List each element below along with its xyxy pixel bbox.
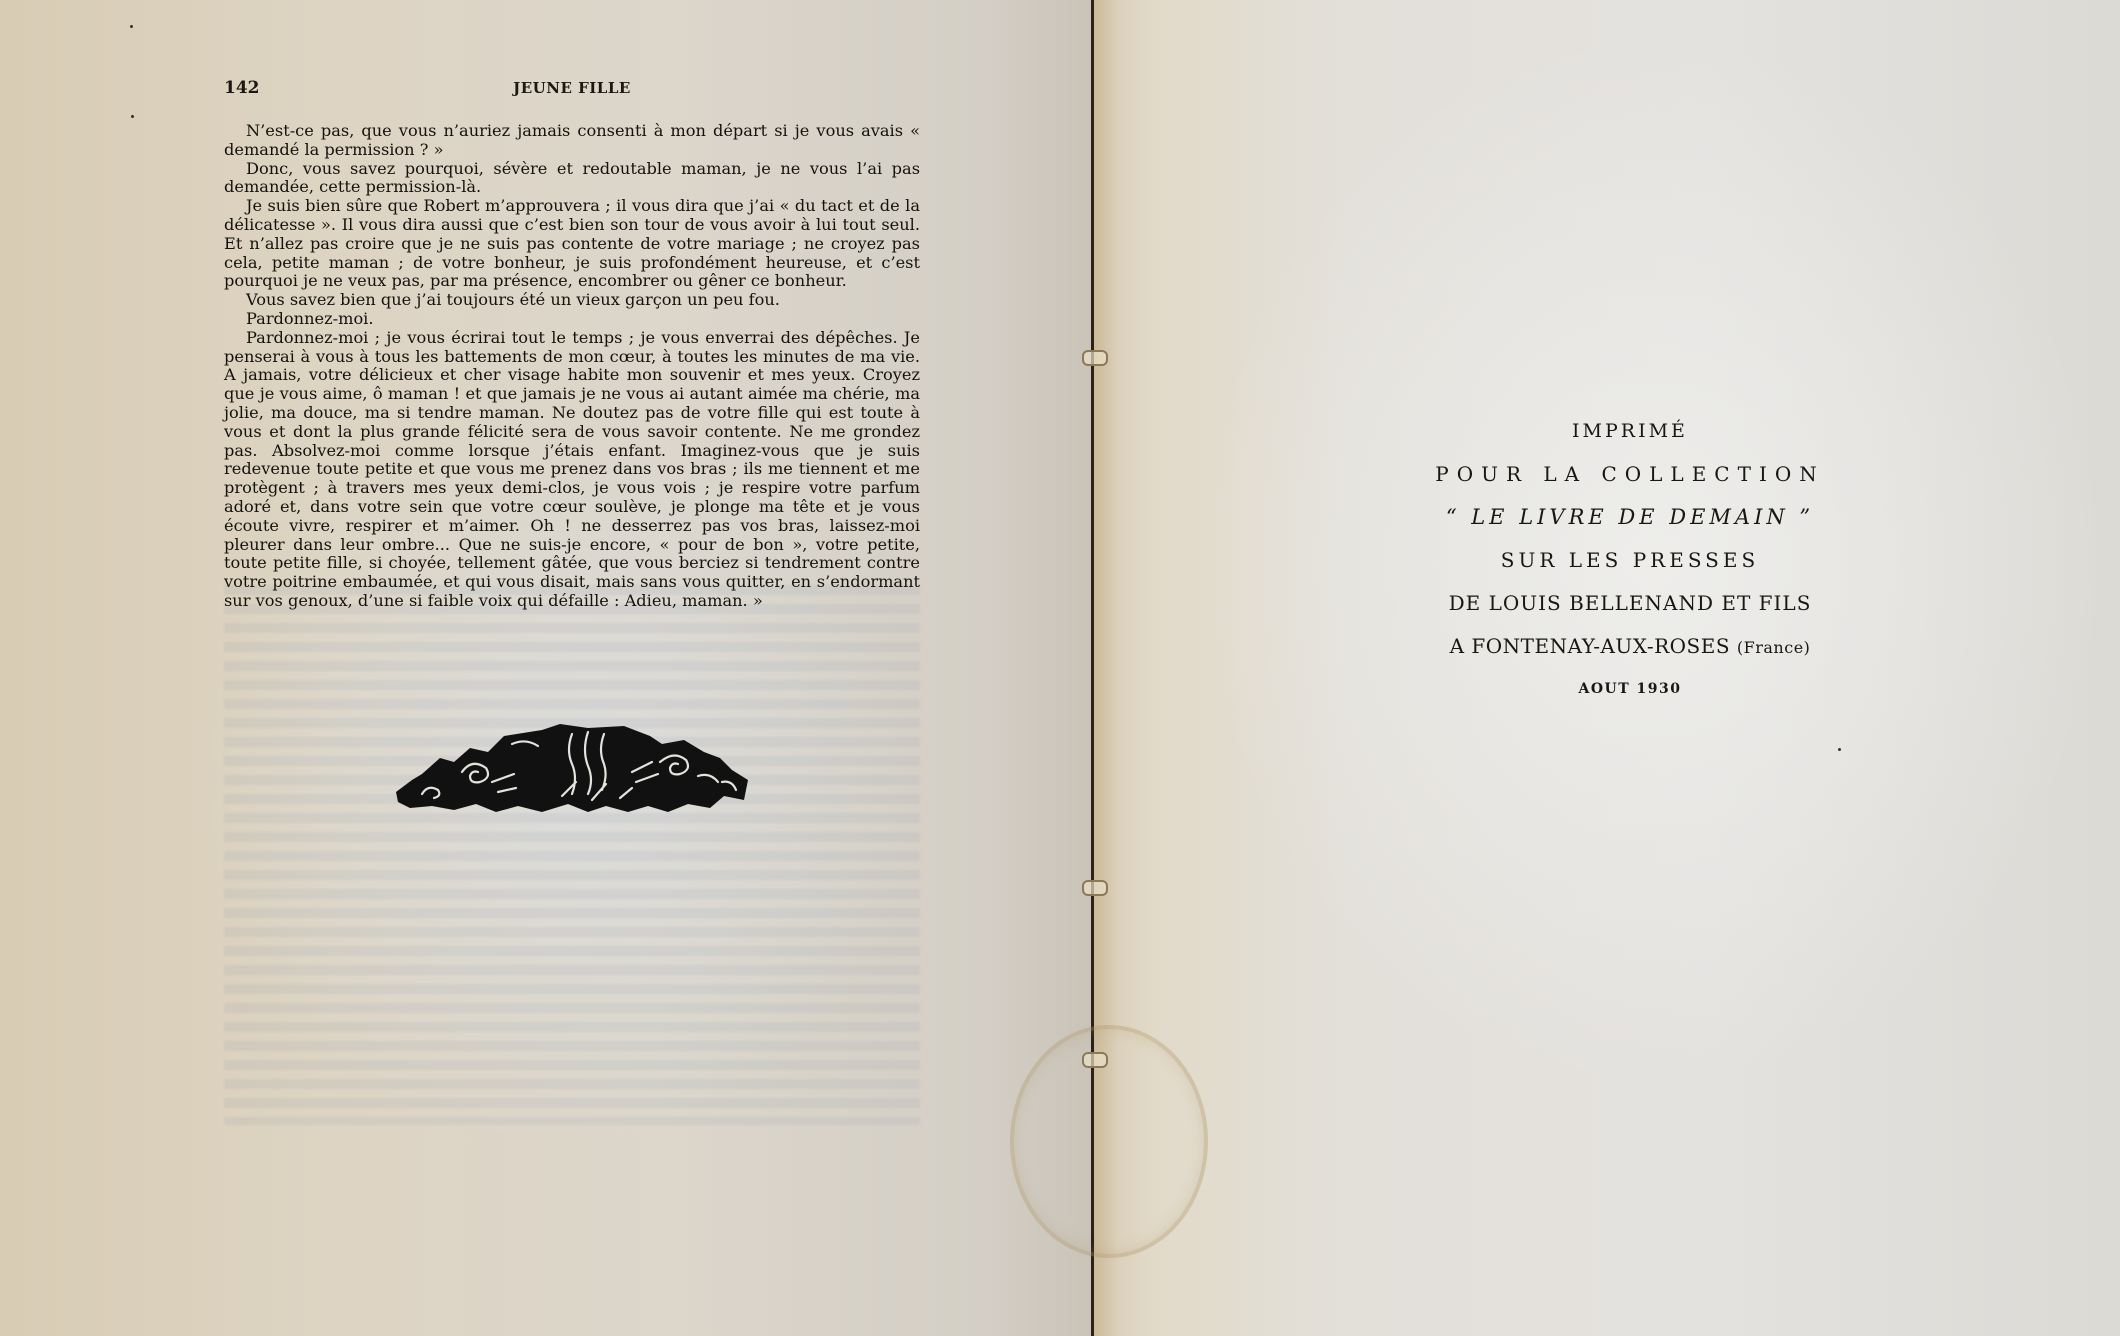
collection-title: “ LE LIVRE DE DEMAIN ” (1420, 496, 1840, 539)
printer-name: DE LOUIS BELLENAND ET FILS (1420, 582, 1840, 625)
paragraph: Je suis bien sûre que Robert m’approuver… (224, 197, 920, 291)
print-date: AOUT 1930 (1420, 668, 1840, 711)
location-town: A FONTENAY-AUX-ROSES (1450, 634, 1730, 658)
paper-speck (130, 25, 133, 28)
coffee-ring-stain (1010, 1025, 1208, 1258)
colophon-line: IMPRIMÉ (1420, 410, 1840, 453)
running-head: JEUNE FILLE (224, 79, 920, 97)
colophon: IMPRIMÉ POUR LA COLLECTION “ LE LIVRE DE… (1420, 410, 1840, 711)
paragraph: Vous savez bien que j’ai toujours été un… (224, 291, 920, 310)
paragraph: Pardonnez-moi. (224, 310, 920, 329)
binding-stitch-icon (1082, 880, 1108, 896)
page-header: 142 JEUNE FILLE (224, 78, 920, 102)
paper-speck (1838, 748, 1841, 751)
print-location: A FONTENAY-AUX-ROSES (France) (1420, 625, 1840, 668)
colophon-line: POUR LA COLLECTION (1420, 453, 1840, 496)
body-text: N’est-ce pas, que vous n’auriez jamais c… (224, 122, 920, 611)
paragraph: Pardonnez-moi ; je vous écrirai tout le … (224, 329, 920, 611)
paper-speck (131, 115, 134, 118)
book-spread: 142 JEUNE FILLE N’est-ce pas, que vous n… (0, 0, 2120, 1336)
paragraph: N’est-ce pas, que vous n’auriez jamais c… (224, 122, 920, 160)
paragraph: Donc, vous savez pourquoi, sévère et red… (224, 160, 920, 198)
floral-ornament-icon (392, 722, 752, 814)
binding-stitch-icon (1082, 350, 1108, 366)
colophon-line: SUR LES PRESSES (1420, 539, 1840, 582)
bleed-through-text (224, 585, 920, 1125)
location-country: (France) (1737, 638, 1811, 657)
